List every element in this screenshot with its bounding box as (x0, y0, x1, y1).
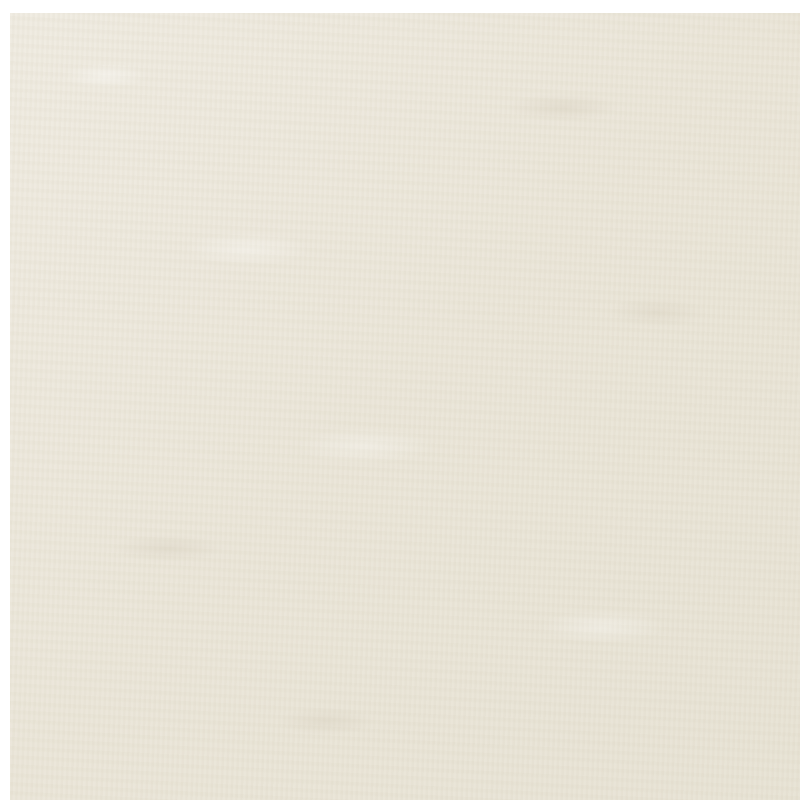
image-canvas: cream textured shag rug close-up (0, 0, 800, 800)
rug-texture: cream textured shag rug close-up (10, 13, 800, 800)
image-subject: cream textured shag rug close-up (10, 13, 11, 14)
